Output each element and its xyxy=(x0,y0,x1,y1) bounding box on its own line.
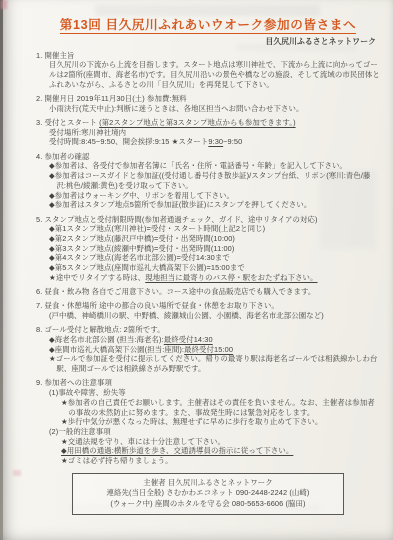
text-line: ★途中でリタイアする時は、現地担当に最寄りのバス停・駅をおたずね下さい。 xyxy=(49,273,380,283)
sections: 1. 開催主旨目久尻川の下流から上流を目指します。スタート地点は寒川神社で、下流… xyxy=(36,51,380,466)
text-line: ◆第2スタンプ地点(藤沢戸中橋)=受付・出発時間(10:00) xyxy=(49,234,380,244)
text-segment: (1)事故や障害、紛失等 xyxy=(49,388,126,397)
section-date: 2. 開催月日 2019年11月30日(土) 参加費:無料小雨決行(荒天中止):… xyxy=(36,94,380,113)
section-reception-start: 3. 受付とスタート (第2スタンプ地点と第3スタンプ地点からも参加できます。)… xyxy=(36,118,380,147)
text-segment: ◆第4スタンプ地点(海老名市北部公園)=受付14:30まで xyxy=(49,253,230,262)
text-segment: 4. 参加者の確認 xyxy=(36,152,89,161)
text-segment: ★ゴールで参加証を受付に提示してください。帰りの最寄り駅は海老名ゴールでは相鉄線… xyxy=(49,354,378,373)
text-line: 目久尻川の下流から上流を目指します。スタート地点は寒川神社で、下流から上流に向か… xyxy=(49,60,380,89)
organizer-subtitle: 目久尻川ふるさとネットワーク xyxy=(36,37,376,46)
text-line: ◆参加者はウォーキング中、リボンを着用して下さい。 xyxy=(49,191,380,201)
text-line: ★参加者の自己責任でお願いします。主催者はその責任を負いません。なお、主催者は参… xyxy=(61,398,380,417)
text-segment: 8. ゴール受付と解散地点: 2箇所です。 xyxy=(36,325,165,334)
text-segment: ◆用田橋の通過:横断歩道を歩き、交通誘導員の指示に従って下さい。 xyxy=(61,446,293,455)
section-rest-places: 7. 昼食・休憩場所 途中の都合の良い場所で昼食・休憩をお取り下さい。(戸中橋、… xyxy=(36,301,380,320)
text-segment: ★ゴミは必ず持ち帰りましょう。 xyxy=(61,456,173,465)
text-segment: 最終受付15:00 xyxy=(184,345,233,354)
text-line: ◆第1スタンプ地点(寒川神社)=受付・スタート時間(上記2と同じ) xyxy=(49,224,380,234)
text-segment: 目久尻川の下流から上流を目指します。スタート地点は寒川神社で、下流から上流に向か… xyxy=(49,60,380,88)
organizer-line: 主催者 目久尻川ふるさとネットワーク xyxy=(79,478,337,488)
contact-box: 主催者 目久尻川ふるさとネットワーク 連絡先(当日全般) さむかわエコネット 0… xyxy=(72,473,344,515)
page-title: 第13回 目久尻川ふれあいウオーク参加の皆さまへ xyxy=(60,18,356,34)
section-purpose: 1. 開催主旨目久尻川の下流から上流を目指します。スタート地点は寒川神社で、下流… xyxy=(36,51,380,90)
text-segment: ★参加者の自己責任でお願いします。主催者はその責任を負いません。なお、主催者は参… xyxy=(61,398,375,417)
text-line: 受付時間:8:45~9:50、開会挨拶:9:15 ★スタート9:30~9:50 xyxy=(49,137,380,147)
contact-line-2: (ウォーク中) 座間のホタルを守る会 080-5653-6606 (脇田) xyxy=(79,499,337,509)
text-line: ◆参加者はスタンプ地点5箇所で参加証(散歩証)にスタンプを押してください。 xyxy=(49,200,380,210)
text-line: (2)一般的注意事項 xyxy=(49,427,380,437)
text-segment: ◆第2スタンプ地点(藤沢戸中橋)=受付・出発時間(10:00) xyxy=(49,234,235,243)
text-line: ◆第4スタンプ地点(海老名市北部公園)=受付14:30まで xyxy=(49,253,380,263)
text-segment: ◆参加者はコースガイドと参加証((受付通し番号付き散歩証)/スタンプ台紙、リボン… xyxy=(49,171,371,190)
text-line: ◆用田橋の通過:横断歩道を歩き、交通誘導員の指示に従って下さい。 xyxy=(61,446,380,456)
text-line: ★交通法規を守り、車には十分注意して下さい。 xyxy=(61,437,380,447)
text-segment: ◆座間市巡礼大橋高架下公園(担当:座間): xyxy=(49,345,184,354)
pink-scan-mark xyxy=(13,470,21,476)
text-segment: 7. 昼食・休憩場所 途中の都合の良い場所で昼食・休憩をお取り下さい。 xyxy=(36,301,279,310)
text-segment: (2)一般的注意事項 xyxy=(49,427,111,436)
text-line: ◆海老名市北部公園 (担当:海老名):最終受付14:30 xyxy=(49,335,380,345)
text-segment: 6. 昼食・飲み物 各自でご用意下さい。コース途中の食品販売店でも購入できます。 xyxy=(36,287,315,296)
text-segment: 現地担当に最寄りのバス停・駅をおたずね下さい。 xyxy=(145,273,317,282)
text-segment: 5. スタンプ地点と受付制限時間(参加者通過チェック、ガイド、途中リタイアの対応… xyxy=(36,215,318,224)
text-segment: ◆海老名市北部公園 (担当:海老名): xyxy=(49,335,164,344)
text-line: ◆第5スタンプ地点(座間市巡礼大橋高架下公園)=15:00まで xyxy=(49,263,380,273)
text-segment: 1. 開催主旨 xyxy=(36,51,74,60)
contact-line-1: 連絡先(当日全般) さむかわエコネット 090-2448-2242 (山崎) xyxy=(79,488,337,498)
section-participant-check: 4. 参加者の確認◆参加者は、各受付で参加者名簿に「氏名・住所・電話番号・年齢」… xyxy=(36,152,380,210)
text-line: 2. 開催月日 2019年11月30日(土) 参加費:無料 xyxy=(36,94,380,104)
text-segment: 受付場所:寒川神社境内 xyxy=(49,128,126,137)
scan-edge-shadow xyxy=(0,0,3,540)
text-segment: ◆第3スタンプ地点(綾瀬中野橋)=受付・出発時間(11:00) xyxy=(49,244,234,253)
pink-scan-mark xyxy=(1,0,7,9)
text-segment: ◆参加者はウォーキング中、リボンを着用して下さい。 xyxy=(49,191,234,200)
text-segment: ◆参加者は、各受付で参加者名簿に「氏名・住所・電話番号・年齢」を記入して下さい。 xyxy=(49,161,347,170)
text-line: ◆第3スタンプ地点(綾瀬中野橋)=受付・出発時間(11:00) xyxy=(49,244,380,254)
text-line: 7. 昼食・休憩場所 途中の都合の良い場所で昼食・休憩をお取り下さい。 xyxy=(36,301,380,311)
bleedthrough-ghost xyxy=(95,5,320,16)
text-line: ★歩行中気分が悪くなった時は、無理せずに早めに歩行を取り止めて下さい。 xyxy=(61,417,380,427)
text-line: 1. 開催主旨 xyxy=(36,51,380,61)
text-line: 9. 参加者への注意事項 xyxy=(36,378,380,388)
text-segment: 小雨決行(荒天中止):判断に迷うときは、各地区担当へお問い合わせ下さい。 xyxy=(49,104,303,113)
title-row: 第13回 目久尻川ふれあいウオーク参加の皆さまへ xyxy=(36,18,380,34)
text-line: 3. 受付とスタート (第2スタンプ地点と第3スタンプ地点からも参加できます。) xyxy=(36,118,380,128)
document-content: 第13回 目久尻川ふれあいウオーク参加の皆さまへ 目久尻川ふるさとネットワーク … xyxy=(36,18,380,515)
text-segment: (戸中橋、神崎橋川の駅、中野橋、綾瀬城山公園、小園橋、海老名市北部公園など) xyxy=(49,311,324,320)
text-segment: 2. 開催月日 2019年11月30日(土) 参加費:無料 xyxy=(36,94,187,103)
text-segment: ★歩行中気分が悪くなった時は、無理せずに早めに歩行を取り止めて下さい。 xyxy=(61,417,322,426)
text-segment: 3. 受付とスタート xyxy=(36,118,99,127)
text-line: 5. スタンプ地点と受付制限時間(参加者通過チェック、ガイド、途中リタイアの対応… xyxy=(36,215,380,225)
text-segment: ★途中でリタイアする時は、 xyxy=(49,273,145,282)
text-segment: ◆参加者はスタンプ地点5箇所で参加証(散歩証)にスタンプを押してください。 xyxy=(49,200,311,209)
text-segment: 9. 参加者への注意事項 xyxy=(36,378,112,387)
text-segment: 受付時間:8:45~9:50、開会挨拶:9:15 ★スタート xyxy=(49,137,208,146)
text-line: ★ゴミは必ず持ち帰りましょう。 xyxy=(61,456,380,466)
text-line: ◆座間市巡礼大橋高架下公園(担当:座間):最終受付15:00 xyxy=(49,345,380,355)
section-goal: 8. ゴール受付と解散地点: 2箇所です。◆海老名市北部公園 (担当:海老名):… xyxy=(36,325,380,374)
text-line: ★ゴールで参加証を受付に提示してください。帰りの最寄り駅は海老名ゴールでは相鉄線… xyxy=(49,354,380,373)
text-segment: 最終受付14:30 xyxy=(164,335,213,344)
text-line: (戸中橋、神崎橋川の駅、中野橋、綾瀬城山公園、小園橋、海老名市北部公園など) xyxy=(49,311,380,321)
text-line: 小雨決行(荒天中止):判断に迷うときは、各地区担当へお問い合わせ下さい。 xyxy=(49,104,380,114)
text-line: 6. 昼食・飲み物 各自でご用意下さい。コース途中の食品販売店でも購入できます。 xyxy=(36,287,380,297)
text-line: ◆参加者はコースガイドと参加証((受付通し番号付き散歩証)/スタンプ台紙、リボン… xyxy=(49,171,380,190)
text-segment: 9:30 xyxy=(208,137,223,146)
text-line: (1)事故や障害、紛失等 xyxy=(49,388,380,398)
text-line: ◆参加者は、各受付で参加者名簿に「氏名・住所・電話番号・年齢」を記入して下さい。 xyxy=(49,161,380,171)
section-notes: 9. 参加者への注意事項(1)事故や障害、紛失等★参加者の自己責任でお願いします… xyxy=(36,378,380,465)
text-line: 受付場所:寒川神社境内 xyxy=(49,128,380,138)
text-segment: ★交通法規を守り、車には十分注意して下さい。 xyxy=(61,437,225,446)
text-segment: ◆第5スタンプ地点(座間市巡礼大橋高架下公園)=15:00まで xyxy=(49,263,245,272)
text-line: 8. ゴール受付と解散地点: 2箇所です。 xyxy=(36,325,380,335)
text-segment: (第2スタンプ地点と第3スタンプ地点からも参加できます。) xyxy=(99,118,296,127)
text-line: 4. 参加者の確認 xyxy=(36,152,380,162)
text-segment: ◆第1スタンプ地点(寒川神社)=受付・スタート時間(上記2と同じ) xyxy=(49,224,265,233)
section-lunch-drink: 6. 昼食・飲み物 各自でご用意下さい。コース途中の食品販売店でも購入できます。 xyxy=(36,287,380,297)
section-stamp-points: 5. スタンプ地点と受付制限時間(参加者通過チェック、ガイド、途中リタイアの対応… xyxy=(36,215,380,283)
text-segment: ~9:50 xyxy=(223,137,242,146)
